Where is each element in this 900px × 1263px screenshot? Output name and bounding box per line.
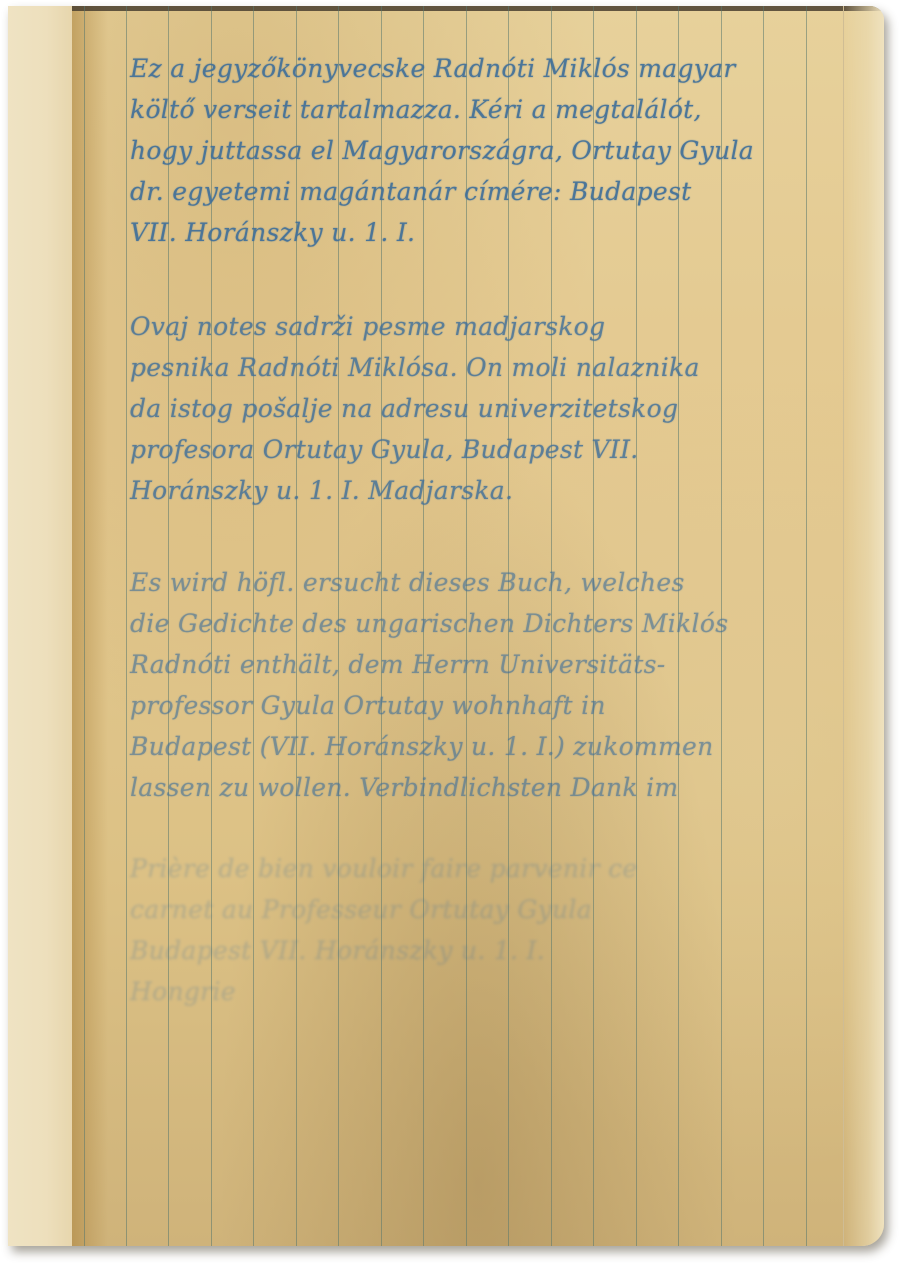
handwritten-line: Ovaj notes sadrži pesme madjarskog [130, 306, 830, 347]
handwritten-line: professor Gyula Ortutay wohnhaft in [130, 685, 830, 726]
handwritten-line: VII. Horánszky u. 1. I. [130, 212, 830, 253]
notebook-page: Ez a jegyzőkönyvecske Radnóti Miklós mag… [72, 6, 884, 1246]
notebook-spine-strip [8, 6, 73, 1246]
handwritten-line: Horánszky u. 1. I. Madjarska. [130, 470, 830, 511]
handwritten-line: pesnika Radnóti Miklósa. On moli nalazni… [130, 347, 830, 388]
handwritten-line: Hongrie [130, 971, 830, 1012]
notebook: Ez a jegyzőkönyvecske Radnóti Miklós mag… [8, 6, 884, 1246]
handwritten-line: Prière de bien vouloir faire parvenir ce [130, 848, 830, 889]
handwritten-line: Es wird höfl. ersucht dieses Buch, welch… [130, 562, 830, 603]
handwritten-line: Budapest (VII. Horánszky u. 1. I.) zukom… [130, 726, 830, 767]
paragraph-german: Es wird höfl. ersucht dieses Buch, welch… [130, 562, 830, 808]
handwritten-line: profesora Ortutay Gyula, Budapest VII. [130, 429, 830, 470]
handwritten-line: költő verseit tartalmazza. Kéri a megtal… [130, 89, 830, 130]
handwritten-line: da istog pošalje na adresu univerzitetsk… [130, 388, 830, 429]
grid-line [84, 6, 85, 1246]
handwritten-line: Radnóti enthält, dem Herrn Universitäts- [130, 644, 830, 685]
paragraph-serbian: Ovaj notes sadrži pesme madjarskog pesni… [130, 306, 830, 511]
handwritten-line: dr. egyetemi magántanár címére: Budapest [130, 171, 830, 212]
handwritten-line: lassen zu wollen. Verbindlichsten Dank i… [130, 767, 830, 808]
handwritten-line: Budapest VII. Horánszky u. 1. I. [130, 930, 830, 971]
paragraph-hungarian: Ez a jegyzőkönyvecske Radnóti Miklós mag… [130, 48, 830, 253]
handwritten-line: Ez a jegyzőkönyvecske Radnóti Miklós mag… [130, 48, 830, 89]
handwritten-line: carnet au Professeur Ortutay Gyula [130, 889, 830, 930]
grid-line [126, 6, 127, 1246]
handwritten-line: hogy juttassa el Magyarországra, Ortutay… [130, 130, 830, 171]
handwritten-line: die Gedichte des ungarischen Dichters Mi… [130, 603, 830, 644]
paragraph-french-faded: Prière de bien vouloir faire parvenir ce… [130, 848, 830, 1012]
